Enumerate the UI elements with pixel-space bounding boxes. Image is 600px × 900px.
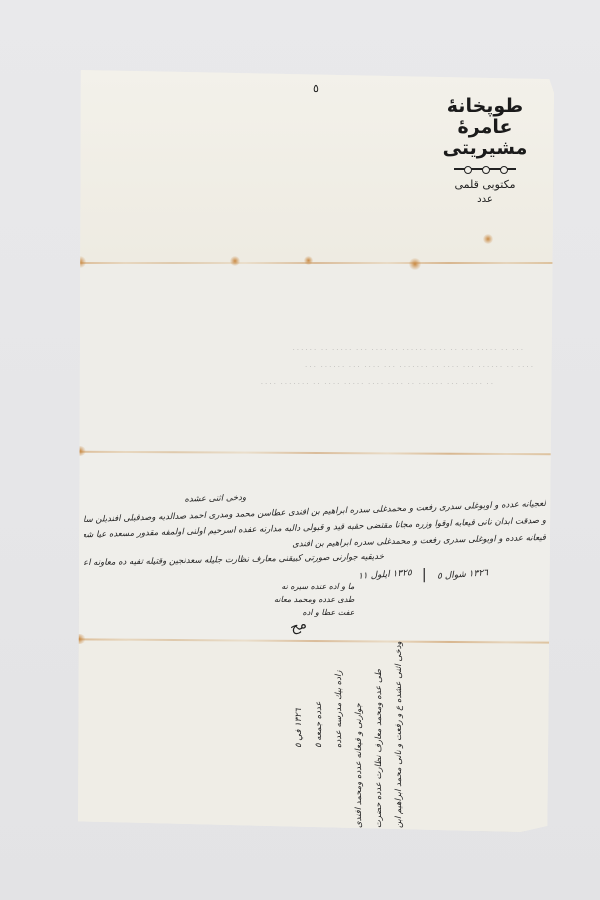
margin-note-column: زاده بيك مدرسه عدده <box>332 658 346 748</box>
margin-note-column: ودخى اثنى عشده ع و رفعت و نانى محمد ابرا… <box>392 658 406 828</box>
signature-line: عفت عطا و اده <box>274 606 354 619</box>
signature-block: ما و اده عنده سيره نه طدى عدده ومحمد معا… <box>274 580 354 619</box>
rust-stain <box>230 256 240 266</box>
letterhead: طوپخانهٔ عامرهٔ مشيريتى مكتوبى قلمى عدد <box>430 96 540 205</box>
letterhead-number: عدد <box>430 194 540 205</box>
faded-text-line: ٠٠٠٠ ٠٠ ٠٠٠٠٠٠ ٠٠٠ ٠٠٠٠ ٠٠ ٠٠٠٠٠٠٠ ٠٠٠ ٠… <box>304 362 534 371</box>
signature-line: ما و اده عنده سيره نه <box>274 580 354 593</box>
faded-text-line: ٠٠٠ ٠٠ ٠٠٠٠٠ ٠٠٠ ٠٠ ٠٠٠٠ ٠٠٠٠٠٠ ٠٠ ٠٠٠٠ … <box>291 345 524 354</box>
rust-stain <box>304 256 313 265</box>
ornament-divider-icon <box>454 165 516 173</box>
margin-note-column: ١٣٢٦ في ٥ <box>292 658 306 748</box>
faded-text-line: ٠٠ ٠٠٠٠٠ ٠٠٠ ٠٠٠٠٠٠ ٠٠ ٠٠٠٠ ٠٠٠٠ ٠٠٠٠٠ ٠… <box>260 379 494 388</box>
date-block: ١٣٢٦ شوال ٥ | ١٣٢٥ ايلول ١١ <box>358 570 488 580</box>
signature-line: طدى عدده ومحمد معانه <box>274 593 354 606</box>
margin-note-column: جوارنى و قيعانه عدده ومحمد افندى <box>352 658 366 828</box>
letterhead-subtitle: مكتوبى قلمى <box>430 177 540 192</box>
rumi-date: ١٣٢٥ ايلول ١١ <box>358 568 412 582</box>
letterhead-title: طوپخانهٔ عامرهٔ مشيريتى <box>430 96 540 159</box>
fold-crease <box>78 262 554 264</box>
rust-stain <box>409 258 421 270</box>
rust-stain <box>483 234 493 244</box>
hijri-date: ١٣٢٦ شوال ٥ <box>436 568 488 582</box>
margin-note-column: طى عده ومحمد معارف نظارت عدده حضرت <box>372 658 386 828</box>
margin-note-column: عدده جمعه ٥ <box>312 658 326 748</box>
sheet-panel-faded <box>78 262 554 452</box>
date-separator: | <box>422 570 427 580</box>
letter-body: ودخى اثنى عشده لعجيانه عدده و اوبوغلى سد… <box>84 488 546 568</box>
page-number: ٥ <box>313 82 319 95</box>
letter-sheet: ٥ طوپخانهٔ عامرهٔ مشيريتى مكتوبى قلمى عد… <box>78 70 554 832</box>
margin-notes: ودخى اثنى عشده ع و رفعت و نانى محمد ابرا… <box>292 658 422 828</box>
